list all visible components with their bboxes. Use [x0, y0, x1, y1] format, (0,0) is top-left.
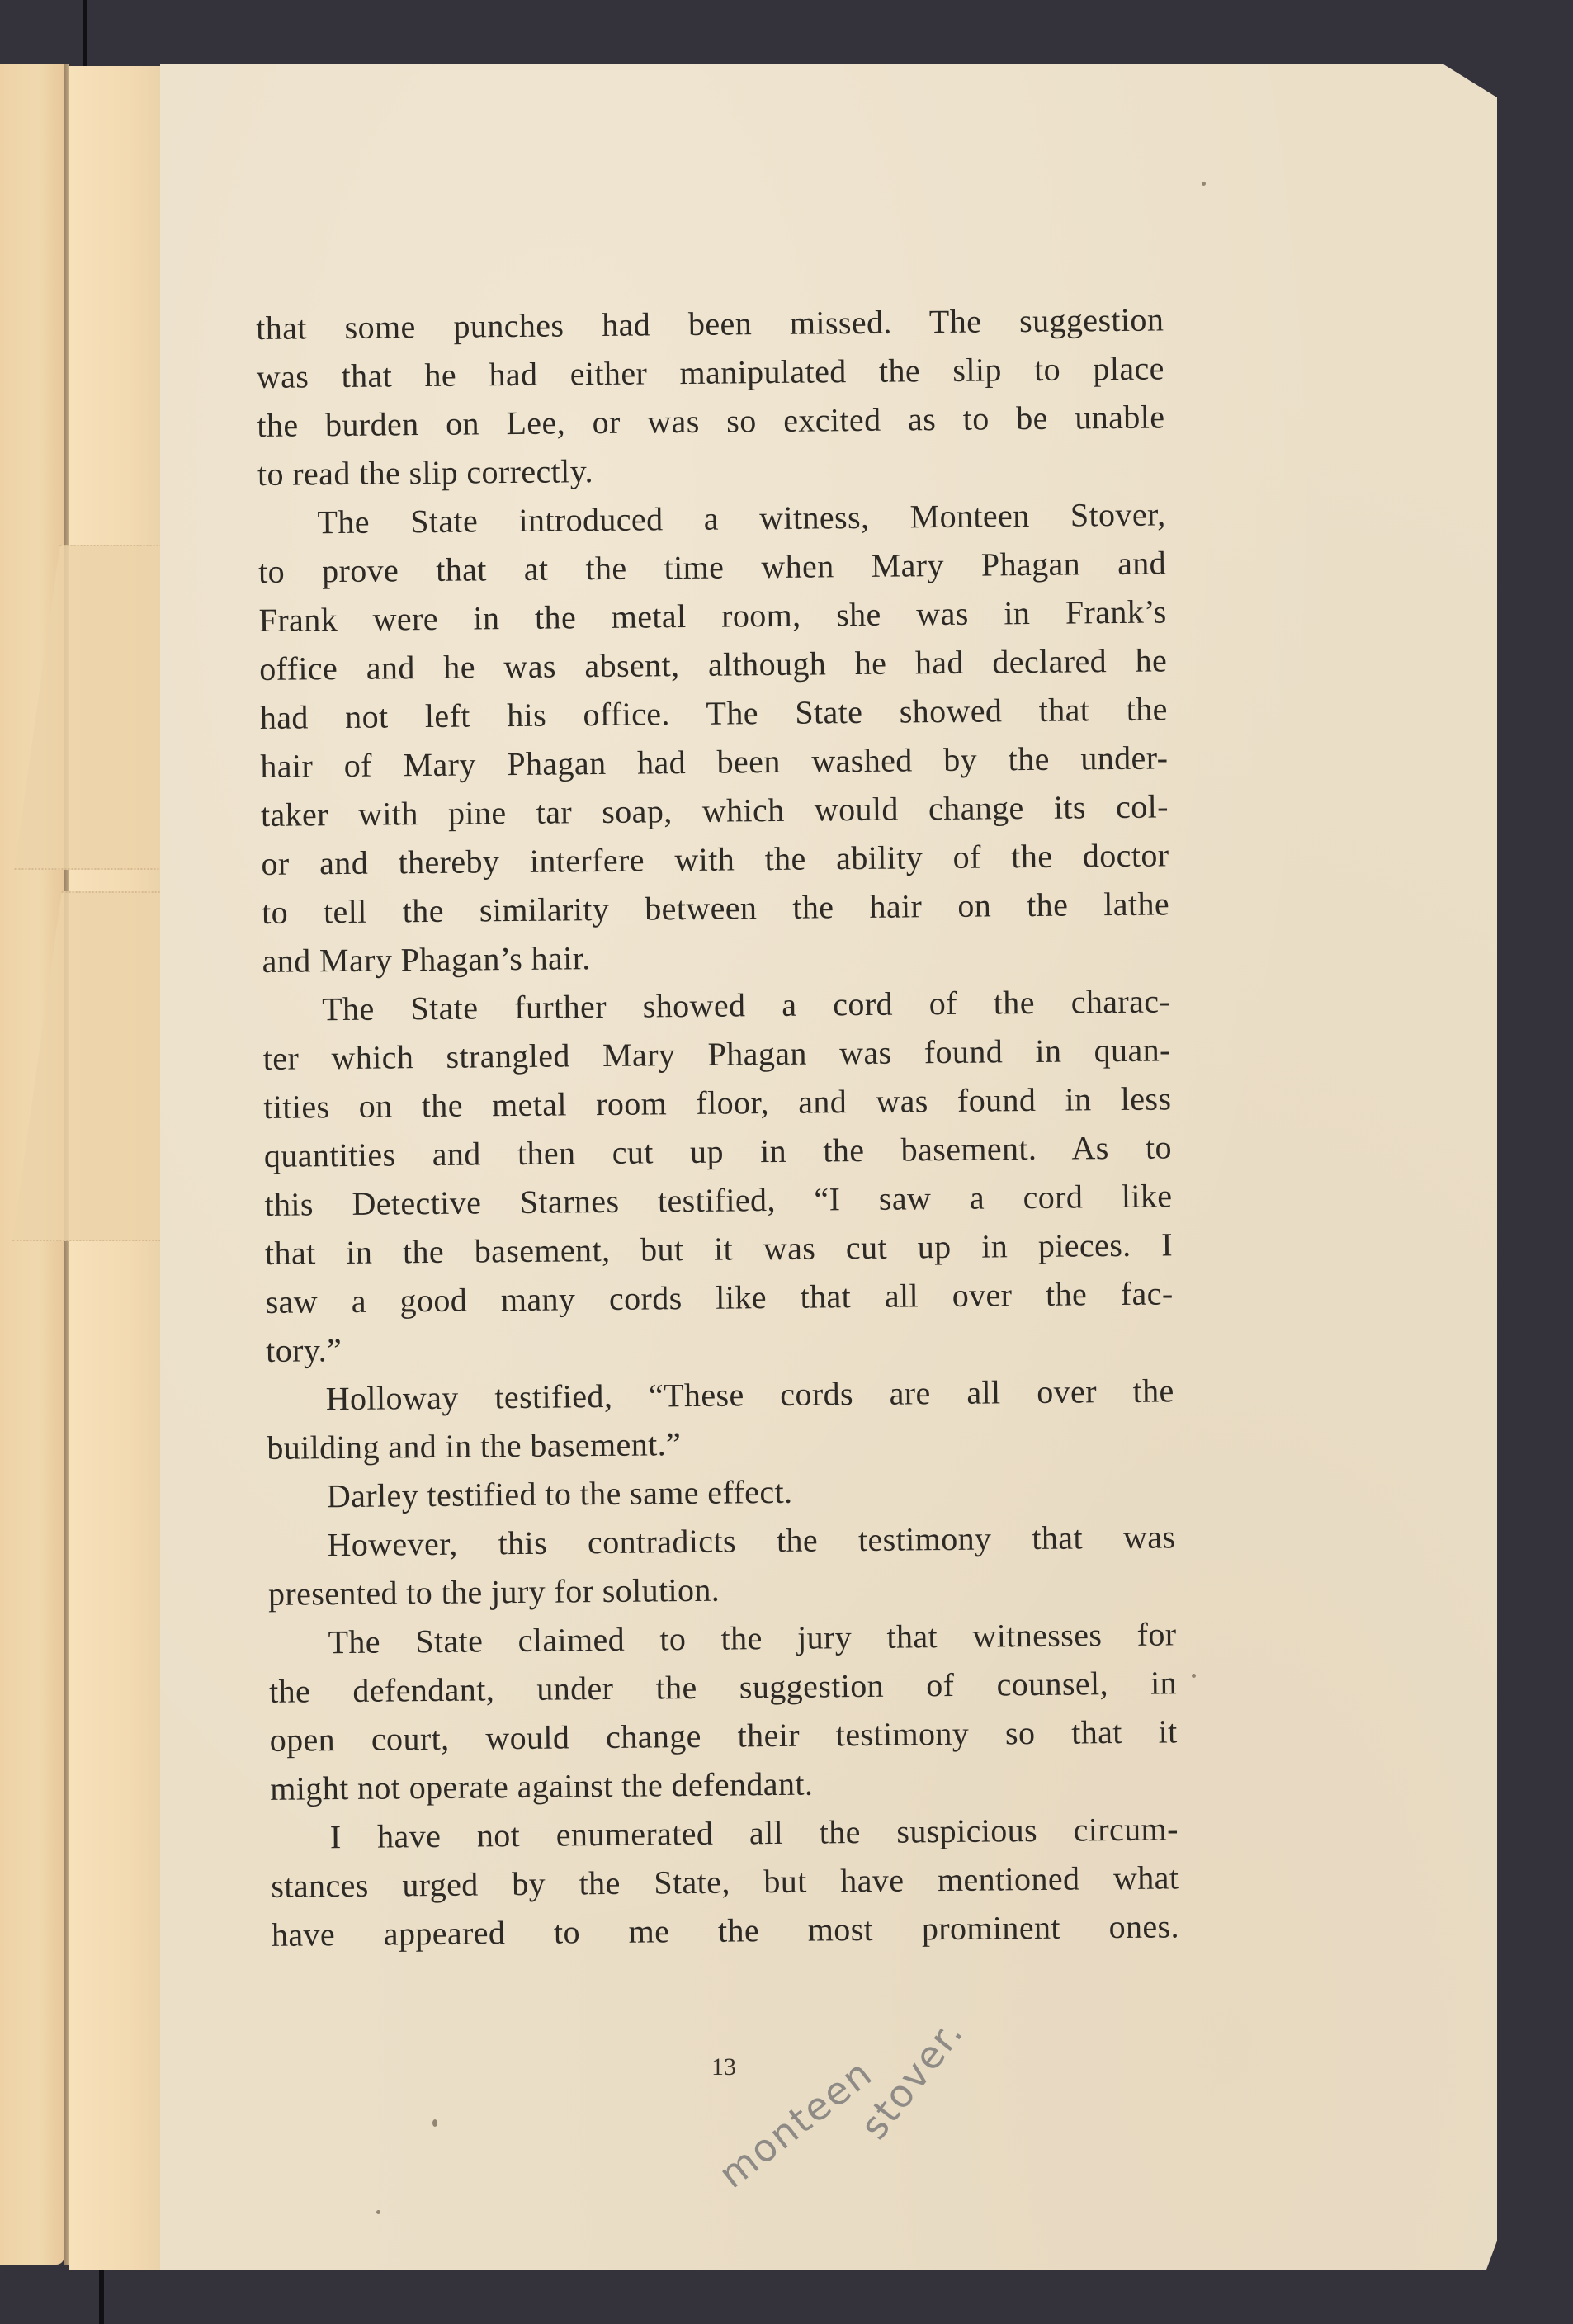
text-line: The State introduced a witness, Monteen … [257, 489, 1166, 547]
text-line: ter which strangled Mary Phagan was foun… [262, 1025, 1171, 1083]
text-line: The State claimed to the jury that witne… [268, 1609, 1177, 1667]
paragraph: that some punches had been missed. The s… [256, 295, 1165, 498]
paragraph: I have not enumerated all the suspicious… [271, 1804, 1180, 1959]
text-line: had not left his office. The State showe… [260, 684, 1169, 742]
text-line: However, this contradicts the testimony … [267, 1512, 1176, 1570]
body-text: that some punches had been missed. The s… [256, 295, 1179, 1958]
scanner-bed-divider [99, 2261, 104, 2324]
scanner-bed-divider [83, 0, 87, 66]
text-line: taker with pine tar soap, which would ch… [261, 782, 1169, 839]
text-line: to read the slip correctly. [257, 441, 1166, 498]
text-line: hair of Mary Phagan had been washed by t… [260, 733, 1169, 791]
text-line: Darley testified to the same effect. [267, 1463, 1176, 1521]
text-line: or and thereby interfere with the abilit… [261, 830, 1169, 888]
paragraph: However, this contradicts the testimony … [267, 1512, 1176, 1618]
page-number: 13 [711, 2053, 736, 2081]
text-line: building and in the basement.” [267, 1415, 1175, 1472]
paper-speck [432, 2119, 437, 2127]
paragraph: Darley testified to the same effect. [267, 1463, 1176, 1521]
paragraph: The State introduced a witness, Monteen … [257, 489, 1170, 985]
paper-speck [1202, 182, 1206, 186]
text-line: tities on the metal room floor, and was … [263, 1074, 1172, 1131]
text-line: the defendant, under the suggestion of c… [269, 1658, 1178, 1716]
text-line: that some punches had been missed. The s… [256, 295, 1164, 352]
text-line: was that he had either manipulated the s… [257, 343, 1165, 401]
text-line: tory.” [266, 1317, 1174, 1375]
paper-speck [1192, 1674, 1196, 1678]
text-line: stances urged by the State, but have men… [271, 1853, 1179, 1911]
text-line: saw a good many cords like that all over… [265, 1268, 1174, 1326]
text-line: to tell the similarity between the hair … [262, 879, 1170, 937]
text-line: that in the basement, but it was cut up … [265, 1220, 1174, 1278]
text-line: open court, would change their testimony… [269, 1707, 1178, 1764]
text-line: I have not enumerated all the suspicious… [271, 1804, 1179, 1862]
paragraph: The State further showed a cord of the c… [262, 976, 1174, 1375]
text-line: and Mary Phagan’s hair. [262, 928, 1170, 985]
text-line: The State further showed a cord of the c… [262, 976, 1171, 1034]
text-line: presented to the jury for solution. [268, 1561, 1177, 1618]
text-line: the burden on Lee, or was so excited as … [257, 392, 1165, 450]
text-line: this Detective Starnes testified, “I saw… [264, 1171, 1173, 1229]
text-line: might not operate against the defendant. [270, 1755, 1179, 1813]
paragraph: The State claimed to the jury that witne… [268, 1609, 1178, 1813]
text-line: quantities and then cut up in the baseme… [264, 1122, 1173, 1180]
text-line: Holloway testified, “These cords are all… [266, 1366, 1174, 1424]
text-line: have appeared to me the most prominent o… [272, 1901, 1180, 1959]
text-line: to prove that at the time when Mary Phag… [258, 538, 1167, 596]
document-page: that some punches had been missed. The s… [160, 64, 1497, 2270]
text-line: Frank were in the metal room, she was in… [258, 587, 1167, 645]
paragraph: Holloway testified, “These cords are all… [266, 1366, 1174, 1472]
paper-speck [376, 2210, 380, 2214]
text-line: office and he was absent, although he ha… [259, 635, 1168, 693]
